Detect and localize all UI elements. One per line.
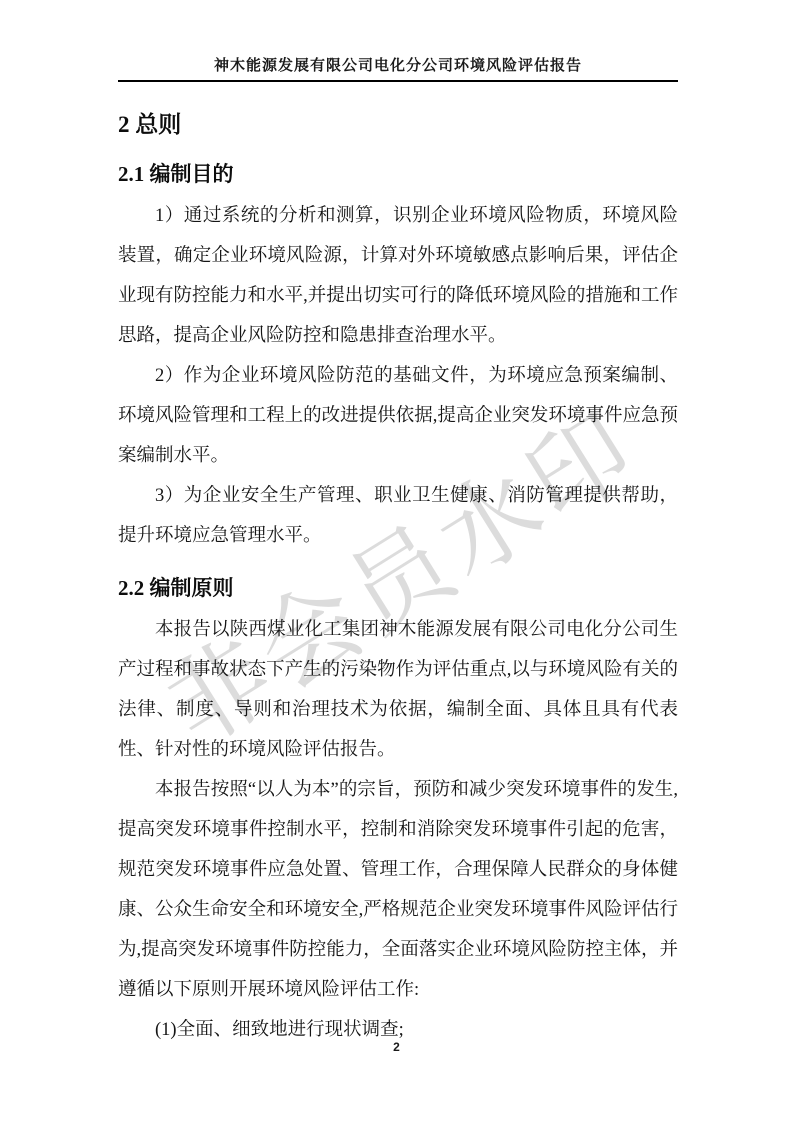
paragraph-2-2-1: 本报告以陕西煤业化工集团神木能源发展有限公司电化分公司生产过程和事故状态下产生的…: [118, 610, 678, 770]
chapter-title: 2 总则: [118, 108, 678, 142]
header-title: 神木能源发展有限公司电化分公司环境风险评估报告: [214, 58, 582, 74]
section-heading-2-2: 2.2 编制原则: [118, 572, 678, 604]
document-content: 2 总则 2.1 编制目的 1）通过系统的分析和测算，识别企业环境风险物质，环境…: [118, 108, 678, 1050]
paragraph-2-1-3: 3）为企业安全生产管理、职业卫生健康、消防管理提供帮助，提升环境应急管理水平。: [118, 476, 678, 556]
paragraph-2-1-2: 2）作为企业环境风险防范的基础文件，为环境应急预案编制、环境风险管理和工程上的改…: [118, 356, 678, 476]
page-number: 2: [0, 1040, 793, 1054]
document-page: 非会员水印 神木能源发展有限公司电化分公司环境风险评估报告 2 总则 2.1 编…: [0, 0, 793, 1122]
content-layer: 神木能源发展有限公司电化分公司环境风险评估报告 2 总则 2.1 编制目的 1）…: [0, 0, 793, 1050]
paragraph-2-1-1: 1）通过系统的分析和测算，识别企业环境风险物质，环境风险装置，确定企业环境风险源…: [118, 196, 678, 356]
page-header: 神木能源发展有限公司电化分公司环境风险评估报告: [118, 0, 678, 82]
section-heading-2-1: 2.1 编制目的: [118, 158, 678, 190]
paragraph-2-2-2: 本报告按照“以人为本”的宗旨，预防和减少突发环境事件的发生,提高突发环境事件控制…: [118, 770, 678, 1010]
